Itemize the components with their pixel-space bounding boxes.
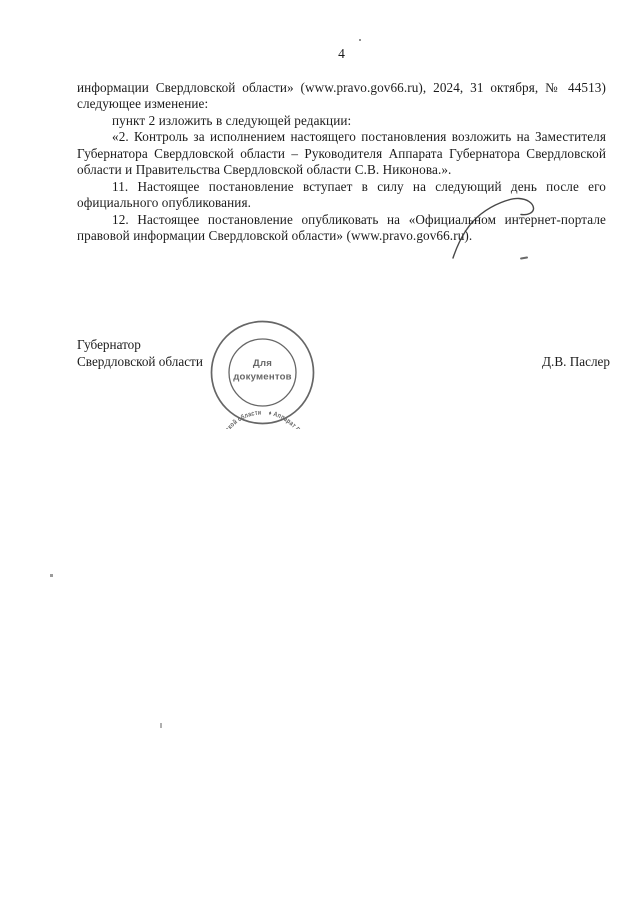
page-number: 4	[77, 46, 606, 61]
stamp: ♦ Аппарат Губернатора Свердловской облас…	[206, 316, 319, 429]
signature-path	[453, 198, 534, 258]
text-line: «2. Контроль за исполнением настоящего п…	[77, 129, 606, 145]
document-page: 4 информации Свердловской области» (www.…	[0, 0, 640, 905]
text-line: следующее изменение:	[77, 96, 606, 112]
signatory-position-line1: Губернатор	[77, 337, 608, 354]
scan-speck	[160, 723, 162, 728]
stamp-center-line1: Для	[253, 358, 272, 369]
scan-speck	[359, 39, 361, 41]
stamp-center-line2: документов	[233, 372, 292, 383]
scan-speck	[50, 574, 53, 577]
text-line: области и Правительства Свердловской обл…	[77, 162, 606, 178]
text-line: Губернатора Свердловской области – Руков…	[77, 146, 606, 162]
text-line: пункт 2 изложить в следующей редакции:	[77, 113, 606, 129]
signature-stroke	[430, 185, 560, 275]
text-line: информации Свердловской области» (www.pr…	[77, 80, 606, 96]
signatory-name: Д.В. Паслер	[77, 354, 610, 371]
